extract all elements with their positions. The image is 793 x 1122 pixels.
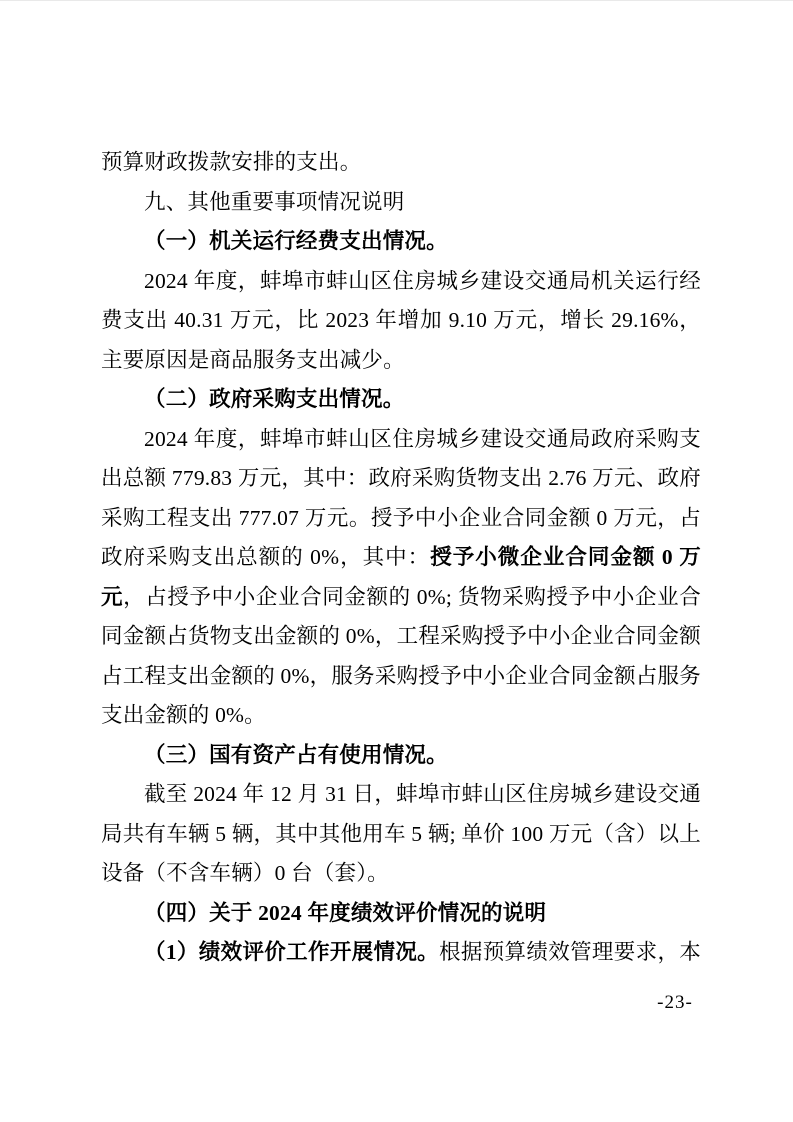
para-government-procurement: 2024 年度，蚌埠市蚌山区住房城乡建设交通局政府采购支出总额 779.83 万… (101, 420, 701, 736)
bold-text-segment: （三）国有资产占有使用情况。 (144, 743, 448, 767)
bold-text-segment: （二）政府采购支出情况。 (144, 387, 404, 411)
para-previous-page-continuation: 预算财政拨款安排的支出。 (101, 143, 701, 183)
para-performance-evaluation-start: （1）绩效评价工作开展情况。根据预算绩效管理要求，本 (101, 933, 701, 973)
heading-section-nine: 九、其他重要事项情况说明 (101, 183, 701, 223)
text-segment: 根据预算绩效管理要求，本 (439, 940, 701, 964)
para-agency-operating-cost: 2024 年度，蚌埠市蚌山区住房城乡建设交通局机关运行经费支出 40.31 万元… (101, 262, 701, 381)
heading-9-1-agency-operating-cost: （一）机关运行经费支出情况。 (101, 222, 701, 262)
bold-text-segment: （四）关于 2024 年度绩效评价情况的说明 (144, 901, 546, 925)
bold-text-segment: （一）机关运行经费支出情况。 (144, 229, 448, 253)
text-segment: 截至 2024 年 12 月 31 日，蚌埠市蚌山区住房城乡建设交通局共有车辆 … (101, 782, 701, 885)
bold-text-segment: （1）绩效评价工作开展情况。 (144, 940, 439, 964)
para-state-assets: 截至 2024 年 12 月 31 日，蚌埠市蚌山区住房城乡建设交通局共有车辆 … (101, 775, 701, 894)
heading-9-2-government-procurement: （二）政府采购支出情况。 (101, 380, 701, 420)
page-top-edge (0, 0, 793, 1)
page-number: -23- (650, 992, 700, 1014)
heading-9-4-performance-evaluation: （四）关于 2024 年度绩效评价情况的说明 (101, 894, 701, 934)
heading-9-3-state-assets: （三）国有资产占有使用情况。 (101, 736, 701, 776)
text-segment: 预算财政拨款安排的支出。 (101, 150, 361, 174)
document-body: 预算财政拨款安排的支出。九、其他重要事项情况说明（一）机关运行经费支出情况。20… (101, 143, 701, 973)
document-page: 预算财政拨款安排的支出。九、其他重要事项情况说明（一）机关运行经费支出情况。20… (0, 0, 793, 1122)
text-segment: ，占授予中小企业合同金额的 0%; 货物采购授予中小企业合同金额占货物支出金额的… (101, 585, 701, 728)
text-segment: 2024 年度，蚌埠市蚌山区住房城乡建设交通局机关运行经费支出 40.31 万元… (101, 269, 701, 372)
text-segment: 九、其他重要事项情况说明 (144, 190, 404, 214)
